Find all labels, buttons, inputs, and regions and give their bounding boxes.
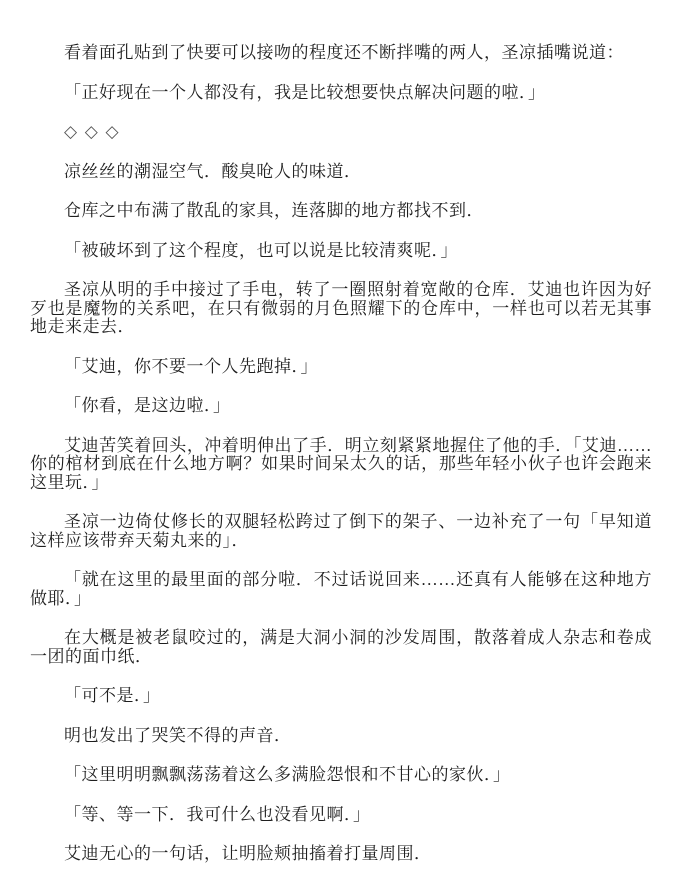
paragraph: 艾迪无心的一句话，让明脸颊抽搐着打量周围．: [30, 845, 652, 864]
paragraph: 「你看，是这边啦．」: [30, 397, 652, 416]
paragraph: 圣凉从明的手中接过了手电，转了一圈照射着宽敞的仓库．艾迪也许因为好歹也是魔物的关…: [30, 281, 652, 337]
section-divider: ◇◇◇: [30, 123, 652, 142]
paragraph: 「就在这里的最里面的部分啦．不过话说回来……还真有人能够在这种地方做耶．」: [30, 571, 652, 608]
paragraph: 「这里明明飘飘荡荡着这么多满脸怨恨和不甘心的家伙．」: [30, 766, 652, 785]
paragraph: 在大概是被老鼠咬过的，满是大洞小洞的沙发周围，散落着成人杂志和卷成一团的面巾纸．: [30, 629, 652, 666]
novel-page: 看着面孔贴到了快要可以接吻的程度还不断拌嘴的两人，圣凉插嘴说道：「正好现在一个人…: [0, 0, 680, 880]
paragraph-list: 看着面孔贴到了快要可以接吻的程度还不断拌嘴的两人，圣凉插嘴说道：「正好现在一个人…: [30, 44, 652, 864]
paragraph: 「等、等一下．我可什么也没看见啊．」: [30, 806, 652, 825]
paragraph: 「艾迪，你不要一个人先跑掉．」: [30, 358, 652, 377]
paragraph: 看着面孔贴到了快要可以接吻的程度还不断拌嘴的两人，圣凉插嘴说道：: [30, 44, 652, 63]
paragraph: 「可不是．」: [30, 687, 652, 706]
paragraph: 「正好现在一个人都没有，我是比较想要快点解决问题的啦．」: [30, 84, 652, 103]
paragraph: 凉丝丝的潮湿空气．酸臭呛人的味道．: [30, 163, 652, 182]
paragraph: 仓库之中布满了散乱的家具，连落脚的地方都找不到．: [30, 202, 652, 221]
paragraph: 圣凉一边倚仗修长的双腿轻松跨过了倒下的架子、一边补充了一句「早知道这样应该带弃天…: [30, 513, 652, 550]
paragraph: 明也发出了哭笑不得的声音．: [30, 727, 652, 746]
paragraph: 「被破坏到了这个程度，也可以说是比较清爽呢．」: [30, 242, 652, 261]
paragraph: 艾迪苦笑着回头，冲着明伸出了手．明立刻紧紧地握住了他的手．「艾迪……你的棺材到底…: [30, 437, 652, 493]
